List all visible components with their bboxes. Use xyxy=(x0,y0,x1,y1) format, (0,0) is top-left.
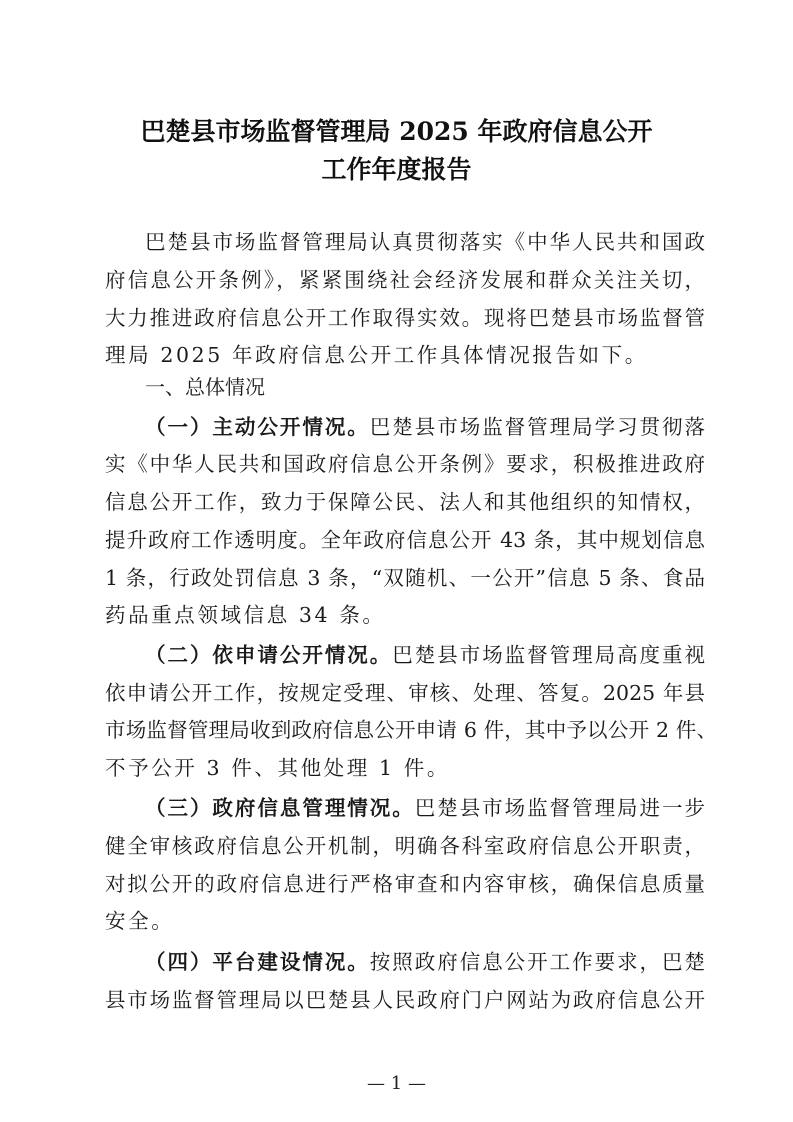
sub2-line-3: 市场监督管理局收到政府信息公开申请 6 件，其中予以公开 2 件、 xyxy=(105,718,717,742)
sub2-line-4: 不予公开 3 件、其他处理 1 件。 xyxy=(105,756,705,780)
intro-line-3: 大力推进政府信息公开工作取得实效。现将巴楚县市场监督管 xyxy=(105,306,705,330)
sub1-first-line: （一）主动公开情况。巴楚县市场监督管理局学习贯彻落 xyxy=(145,415,705,439)
intro-line-1: 巴楚县市场监督管理局认真贯彻落实《中华人民共和国政 xyxy=(145,230,705,254)
section-heading-overview: 一、总体情况 xyxy=(145,375,705,399)
sub1-line-5: 1 条，行政处罚信息 3 条，“双随机、一公开”信息 5 条、食品 xyxy=(105,566,705,590)
sub4-label: （四）平台建设情况。 xyxy=(145,950,370,974)
document-title-line-2: 工作年度报告 xyxy=(0,150,793,186)
sub4-line-2: 县市场监督管理局以巴楚县人民政府门户网站为政府信息公开 xyxy=(105,988,705,1012)
sub4-first-line: （四）平台建设情况。按照政府信息公开工作要求，巴楚 xyxy=(145,950,705,974)
sub1-line-6: 药品重点领域信息 34 条。 xyxy=(105,603,705,627)
sub1-first-rest: 巴楚县市场监督管理局学习贯彻落 xyxy=(370,415,705,439)
sub2-first-rest: 巴楚县市场监督管理局高度重视 xyxy=(392,643,705,667)
sub3-line-2: 健全审核政府信息公开机制，明确各科室政府信息公开职责， xyxy=(105,834,705,858)
sub2-line-2: 依申请公开工作，按规定受理、审核、处理、答复。2025 年县 xyxy=(105,681,705,705)
page-number: — 1 — xyxy=(0,1073,793,1094)
sub1-label: （一）主动公开情况。 xyxy=(145,415,370,439)
intro-line-2: 府信息公开条例》，紧紧围绕社会经济发展和群众关注关切， xyxy=(105,268,705,292)
sub2-label: （二）依申请公开情况。 xyxy=(145,643,392,667)
sub3-line-4: 安全。 xyxy=(105,909,705,933)
sub1-line-4: 提升政府工作透明度。全年政府信息公开 43 条，其中规划信息 xyxy=(105,528,705,552)
sub2-first-line: （二）依申请公开情况。巴楚县市场监督管理局高度重视 xyxy=(145,643,705,667)
sub3-label: （三）政府信息管理情况。 xyxy=(145,796,415,820)
sub3-line-3: 对拟公开的政府信息进行严格审查和内容审核，确保信息质量 xyxy=(105,872,705,896)
sub4-first-rest: 按照政府信息公开工作要求，巴楚 xyxy=(370,950,705,974)
intro-line-4: 理局 2025 年政府信息公开工作具体情况报告如下。 xyxy=(105,343,705,367)
sub1-line-3: 信息公开工作，致力于保障公民、法人和其他组织的知情权， xyxy=(105,490,705,514)
document-title-line-1: 巴楚县市场监督管理局 2025 年政府信息公开 xyxy=(0,112,793,148)
sub1-line-2: 实《中华人民共和国政府信息公开条例》要求，积极推进政府 xyxy=(105,452,705,476)
sub3-first-line: （三）政府信息管理情况。巴楚县市场监督管理局进一步 xyxy=(145,796,705,820)
sub3-first-rest: 巴楚县市场监督管理局进一步 xyxy=(415,796,705,820)
